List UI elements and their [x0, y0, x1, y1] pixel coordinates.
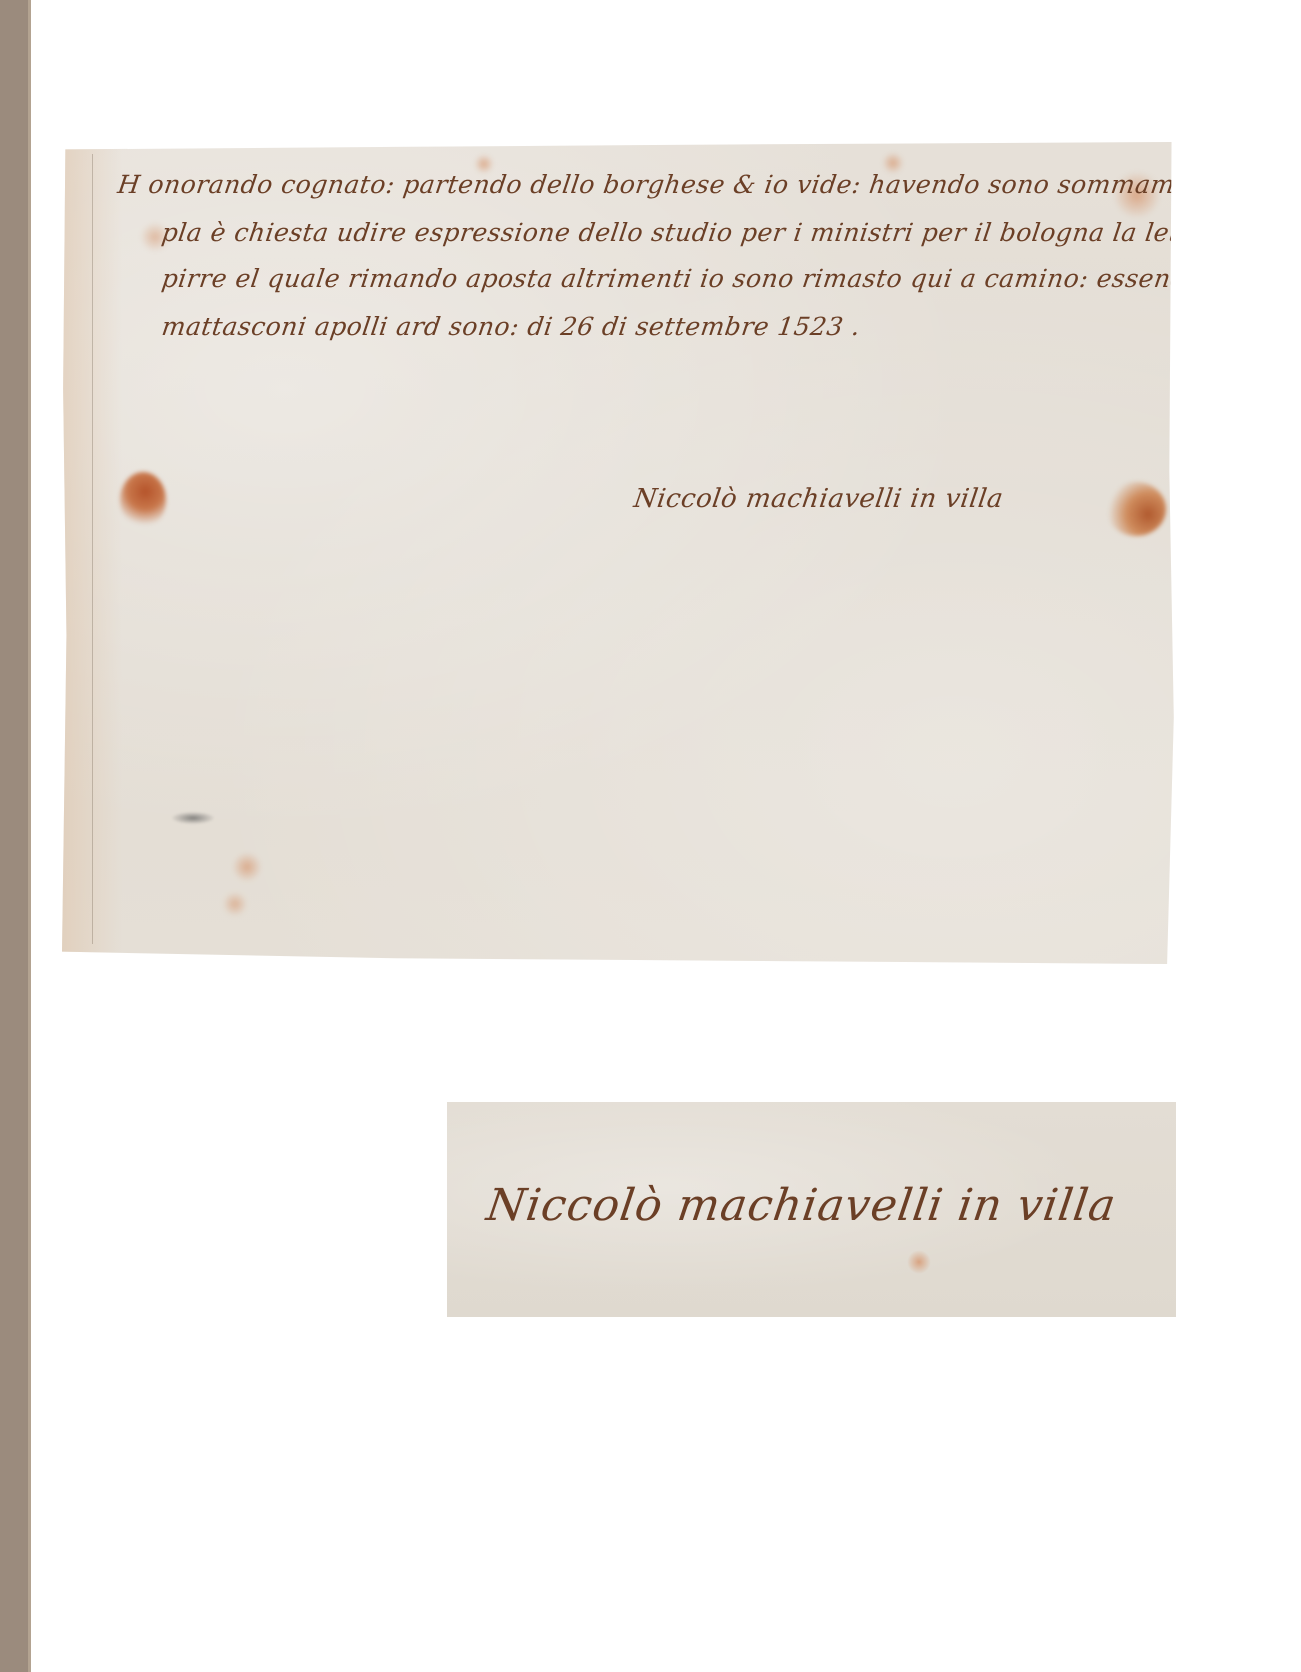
letter-line-3: pirre el quale rimando aposta altrimenti…: [160, 264, 1205, 293]
letter-signature: Niccolò machiavelli in villa: [632, 484, 1005, 514]
signature-detail-photo: Niccolò machiavelli in villa: [447, 1102, 1176, 1317]
foxing-stain: [907, 1250, 931, 1274]
ink-smudge: [172, 812, 214, 824]
paper-fold-line: [92, 154, 93, 944]
letter-line-1: H onorando cognato: partendo dello borgh…: [116, 170, 1301, 199]
manuscript-photo: H onorando cognato: partendo dello borgh…: [62, 142, 1176, 964]
foxing-stain: [222, 892, 248, 916]
foxing-stain: [232, 852, 262, 882]
letter-line-4: mattasconi apolli ard sono: di 26 di set…: [160, 312, 862, 341]
letter-line-2: pla è chiesta udire espressione dello st…: [160, 218, 1236, 247]
foxing-stain: [120, 472, 166, 528]
side-band: [0, 0, 31, 1672]
signature-detail-text: Niccolò machiavelli in villa: [483, 1180, 1119, 1231]
foxing-stain: [1106, 482, 1166, 536]
